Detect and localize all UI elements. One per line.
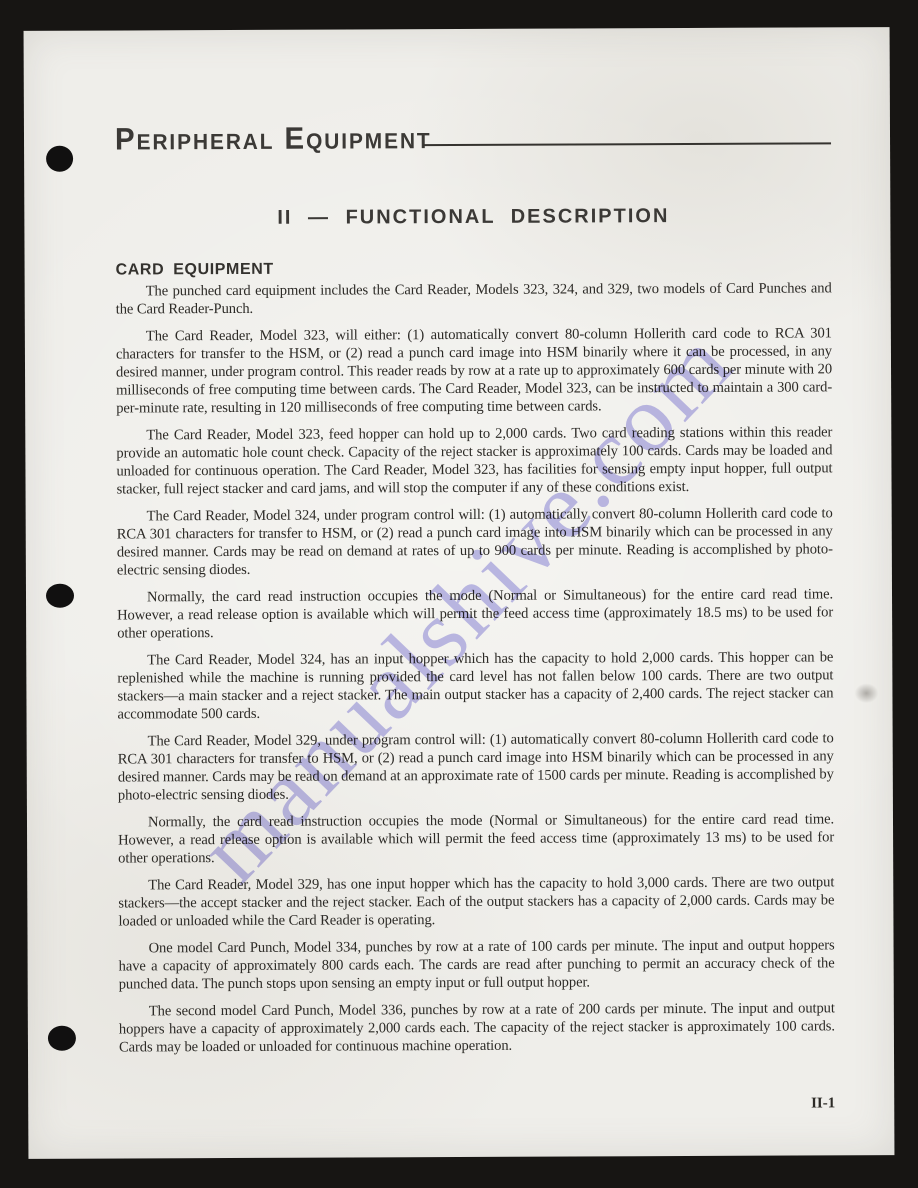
document-page: Peripheral Equipment II — FUNCTIONAL DES… <box>24 27 895 1159</box>
section-heading: II — FUNCTIONAL DESCRIPTION <box>115 204 831 230</box>
scan-smudge <box>854 683 878 703</box>
body-paragraph: The Card Reader, Model 329, has one inpu… <box>118 873 834 930</box>
document-title: Peripheral Equipment <box>115 121 432 156</box>
body-paragraph: Normally, the card read instruction occu… <box>117 585 833 642</box>
binding-hole-top <box>46 146 73 172</box>
body-paragraph: The Card Reader, Model 324, has an input… <box>117 648 833 723</box>
body-paragraph: The Card Reader, Model 324, under progra… <box>117 504 833 579</box>
scanned-document-screenshot: { "page": { "title": "Peripheral Equipme… <box>0 0 918 1188</box>
page-number: II-1 <box>119 1095 835 1115</box>
binding-hole-bottom <box>48 1026 76 1051</box>
body-paragraph: Normally, the card read instruction occu… <box>118 810 834 867</box>
body-paragraph: One model Card Punch, Model 334, punches… <box>119 936 835 993</box>
body-paragraph: The Card Reader, Model 323, feed hopper … <box>116 423 832 498</box>
body-paragraph: The Card Reader, Model 329, under progra… <box>118 729 834 804</box>
binding-hole-middle <box>46 584 74 608</box>
subsection-heading-card-equipment: CARD EQUIPMENT <box>116 261 274 280</box>
title-rule-line <box>423 142 831 146</box>
body-paragraph: The punched card equipment includes the … <box>116 279 832 318</box>
document-body: The punched card equipment includes the … <box>116 279 835 1065</box>
body-paragraph: The Card Reader, Model 323, will either:… <box>116 324 832 417</box>
body-paragraph: The second model Card Punch, Model 336, … <box>119 999 835 1056</box>
